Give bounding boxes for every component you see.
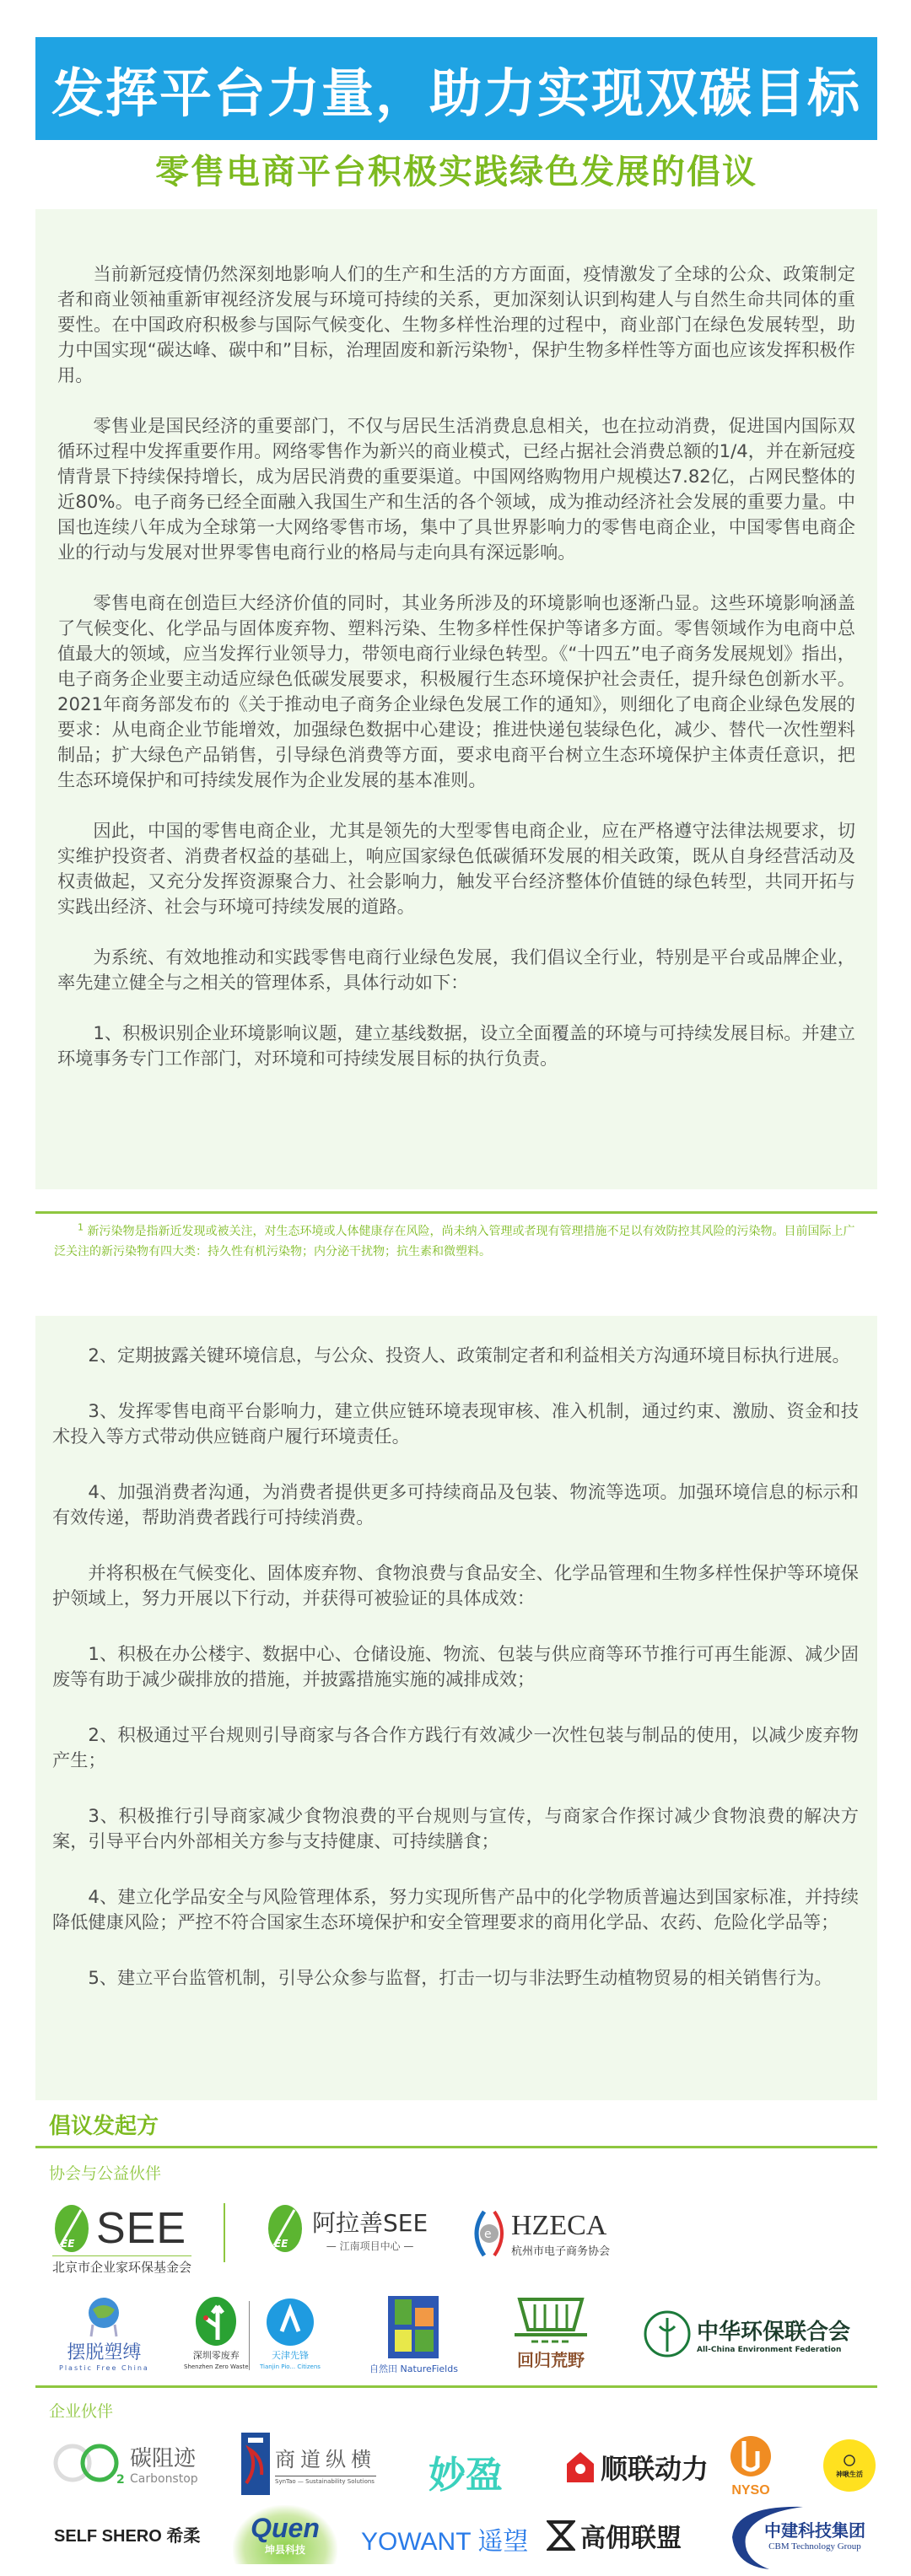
svg-text:2: 2	[116, 2473, 125, 2487]
enterprises-label: 企业伙伴	[49, 2399, 113, 2422]
paragraph: 4、建立化学品安全与风险管理体系，努力实现所售产品中的化学物质普遍达到国家标准，…	[52, 1884, 859, 1935]
logo-miaoying: 妙盈	[429, 2444, 503, 2498]
logo-hzeca: e HZECA 杭州市电子商务协会	[472, 2208, 610, 2259]
paragraph: 1、积极识别企业环境影响议题，建立基线数据，设立全面覆盖的环境与可持续发展目标。…	[57, 1021, 855, 1071]
logo-self-shero: SELF SHERO 希柔	[54, 2522, 200, 2546]
content-panel-1: 当前新冠疫情仍然深刻地影响人们的生产和生活的方方面面，疫情激发了全球的公众、政策…	[35, 209, 877, 1189]
footnote-divider	[35, 1211, 877, 1214]
footnote: 1 新污染物是指新近发现或被关注，对生态环境或人体健康存在风险，尚未纳入管理或者…	[54, 1221, 864, 1262]
fields-icon	[388, 2296, 439, 2358]
logo-alashan-see: EE 阿拉善SEE — 江南项目中心 —	[263, 2203, 428, 2254]
section-divider	[35, 2385, 877, 2388]
logo-divider	[249, 2301, 250, 2370]
paragraph: 并将积极在气候变化、固体废弃物、食物浪费与食品安全、化学品管理和生物多样性保护等…	[52, 1560, 859, 1611]
paragraph: 零售业是国民经济的重要部门，不仅与居民生活消费息息相关，也在拉动消费，促进国内国…	[57, 413, 855, 565]
paragraph: 3、发挥零售电商平台影响力，建立供应链环境表现审核、准入机制，通过约束、激励、资…	[52, 1398, 859, 1449]
logo-quen: Quen 坤县科技	[233, 2505, 337, 2564]
co2-icon: 2	[52, 2439, 125, 2487]
logo-naturefields: 自然田 NatureFields	[369, 2296, 458, 2375]
nyso-icon	[729, 2433, 773, 2483]
logo-shunlian: 顺联动力	[565, 2448, 709, 2487]
logo-shenzhen-zero-waste: 深圳零废弃 Shenzhen Zero Waste	[184, 2296, 249, 2370]
logo-syntao: 商道纵横 SynTao — Sustainability Solutions	[241, 2433, 376, 2495]
paragraph: 当前新冠疫情仍然深刻地影响人们的生产和生活的方方面面，疫情激发了全球的公众、政策…	[57, 261, 855, 388]
svg-text:EE: EE	[274, 2238, 288, 2250]
page-subtitle: 零售电商平台积极实践绿色发展的倡议	[35, 145, 877, 193]
logo-shenjiu: 神啾生活	[823, 2439, 876, 2492]
paragraph: 4、加强消费者沟通，为消费者提供更多可持续商品及包装、物流等选项。加强环境信息的…	[52, 1479, 859, 1530]
logo-gaoyong: 高佣联盟	[547, 2517, 682, 2554]
pyramid-icon	[267, 2298, 314, 2347]
section-divider	[35, 2146, 877, 2148]
paragraph: 为系统、有效地推动和实践零售电商行业绿色发展，我们倡议全行业，特别是平台或品牌企…	[57, 945, 855, 995]
paragraph: 因此，中国的零售电商企业，尤其是领先的大型零售电商企业，应在严格遵守法律法规要求…	[57, 818, 855, 919]
logo-see-foundation: EE SEE 北京市企业家环保基金会	[52, 2203, 191, 2276]
svg-text:EE: EE	[61, 2238, 75, 2250]
paragraph: 2、定期披露关键环境信息，与公众、投资人、政策制定者和利益相关方沟通环境目标执行…	[52, 1343, 859, 1368]
logo-tianjin-pioneer: 天津先锋 Tianjin Pio... Citizens	[260, 2298, 321, 2370]
leaf-icon: EE	[52, 2203, 91, 2254]
logo-cbm: 中建科技集团 CBM Technology Group	[727, 2503, 876, 2571]
paragraph: 3、积极推行引导商家减少食物浪费的平台规则与宣传，与商家合作探讨减少食物浪费的解…	[52, 1803, 859, 1854]
paragraph: 1、积极在办公楼宇、数据中心、仓储设施、物流、包装与供应商等环节推行可再生能源、…	[52, 1641, 859, 1692]
page-title: 发挥平台力量，助力实现双碳目标	[51, 51, 861, 127]
logo-yowant: YOWANT 遥望	[361, 2520, 528, 2557]
paragraph: 5、建立平台监管机制，引导公众参与监督，打击一切与非法野生动植物贸易的相关销售行…	[52, 1965, 859, 1991]
globe-icon	[86, 2296, 121, 2338]
mascot-icon	[843, 2453, 856, 2468]
footnote-ref: 1	[508, 341, 514, 352]
title-banner: 发挥平台力量，助力实现双碳目标	[35, 37, 877, 140]
sponsors-heading: 倡议发起方	[49, 2109, 159, 2140]
svg-text:e: e	[484, 2228, 492, 2241]
paragraph: 2、积极通过平台规则引导商家与各合作方践行有效减少一次性包装与制品的使用，以减少…	[52, 1722, 859, 1773]
gaoyong-icon	[547, 2519, 575, 2552]
logo-plastic-free-china: 摆脱塑缚 Plastic Free China	[59, 2296, 149, 2372]
road-sign-icon	[194, 2296, 238, 2347]
leaf-icon: EE	[263, 2203, 307, 2254]
logo-carbonstop: 2 碳阻迹 Carbonstop	[52, 2439, 198, 2487]
e-commerce-icon: e	[472, 2208, 506, 2259]
emblem-icon	[643, 2309, 692, 2358]
logo-nyso: NYSO	[729, 2433, 773, 2498]
logo-divider	[224, 2203, 225, 2262]
syntao-icon	[241, 2433, 270, 2495]
house-icon	[565, 2450, 596, 2484]
waterfall-icon	[515, 2294, 587, 2345]
paragraph: 零售电商在创造巨大经济价值的同时，其业务所涉及的环境影响也逐渐凸显。这些环境影响…	[57, 590, 855, 793]
content-panel-2: 2、定期披露关键环境信息，与公众、投资人、政策制定者和利益相关方沟通环境目标执行…	[35, 1316, 877, 2100]
logo-back-to-wild: 回归荒野	[515, 2294, 587, 2371]
logo-acef: 中华环保联合会 All-China Environment Federation	[643, 2309, 850, 2358]
associations-label: 协会与公益伙伴	[49, 2161, 161, 2184]
